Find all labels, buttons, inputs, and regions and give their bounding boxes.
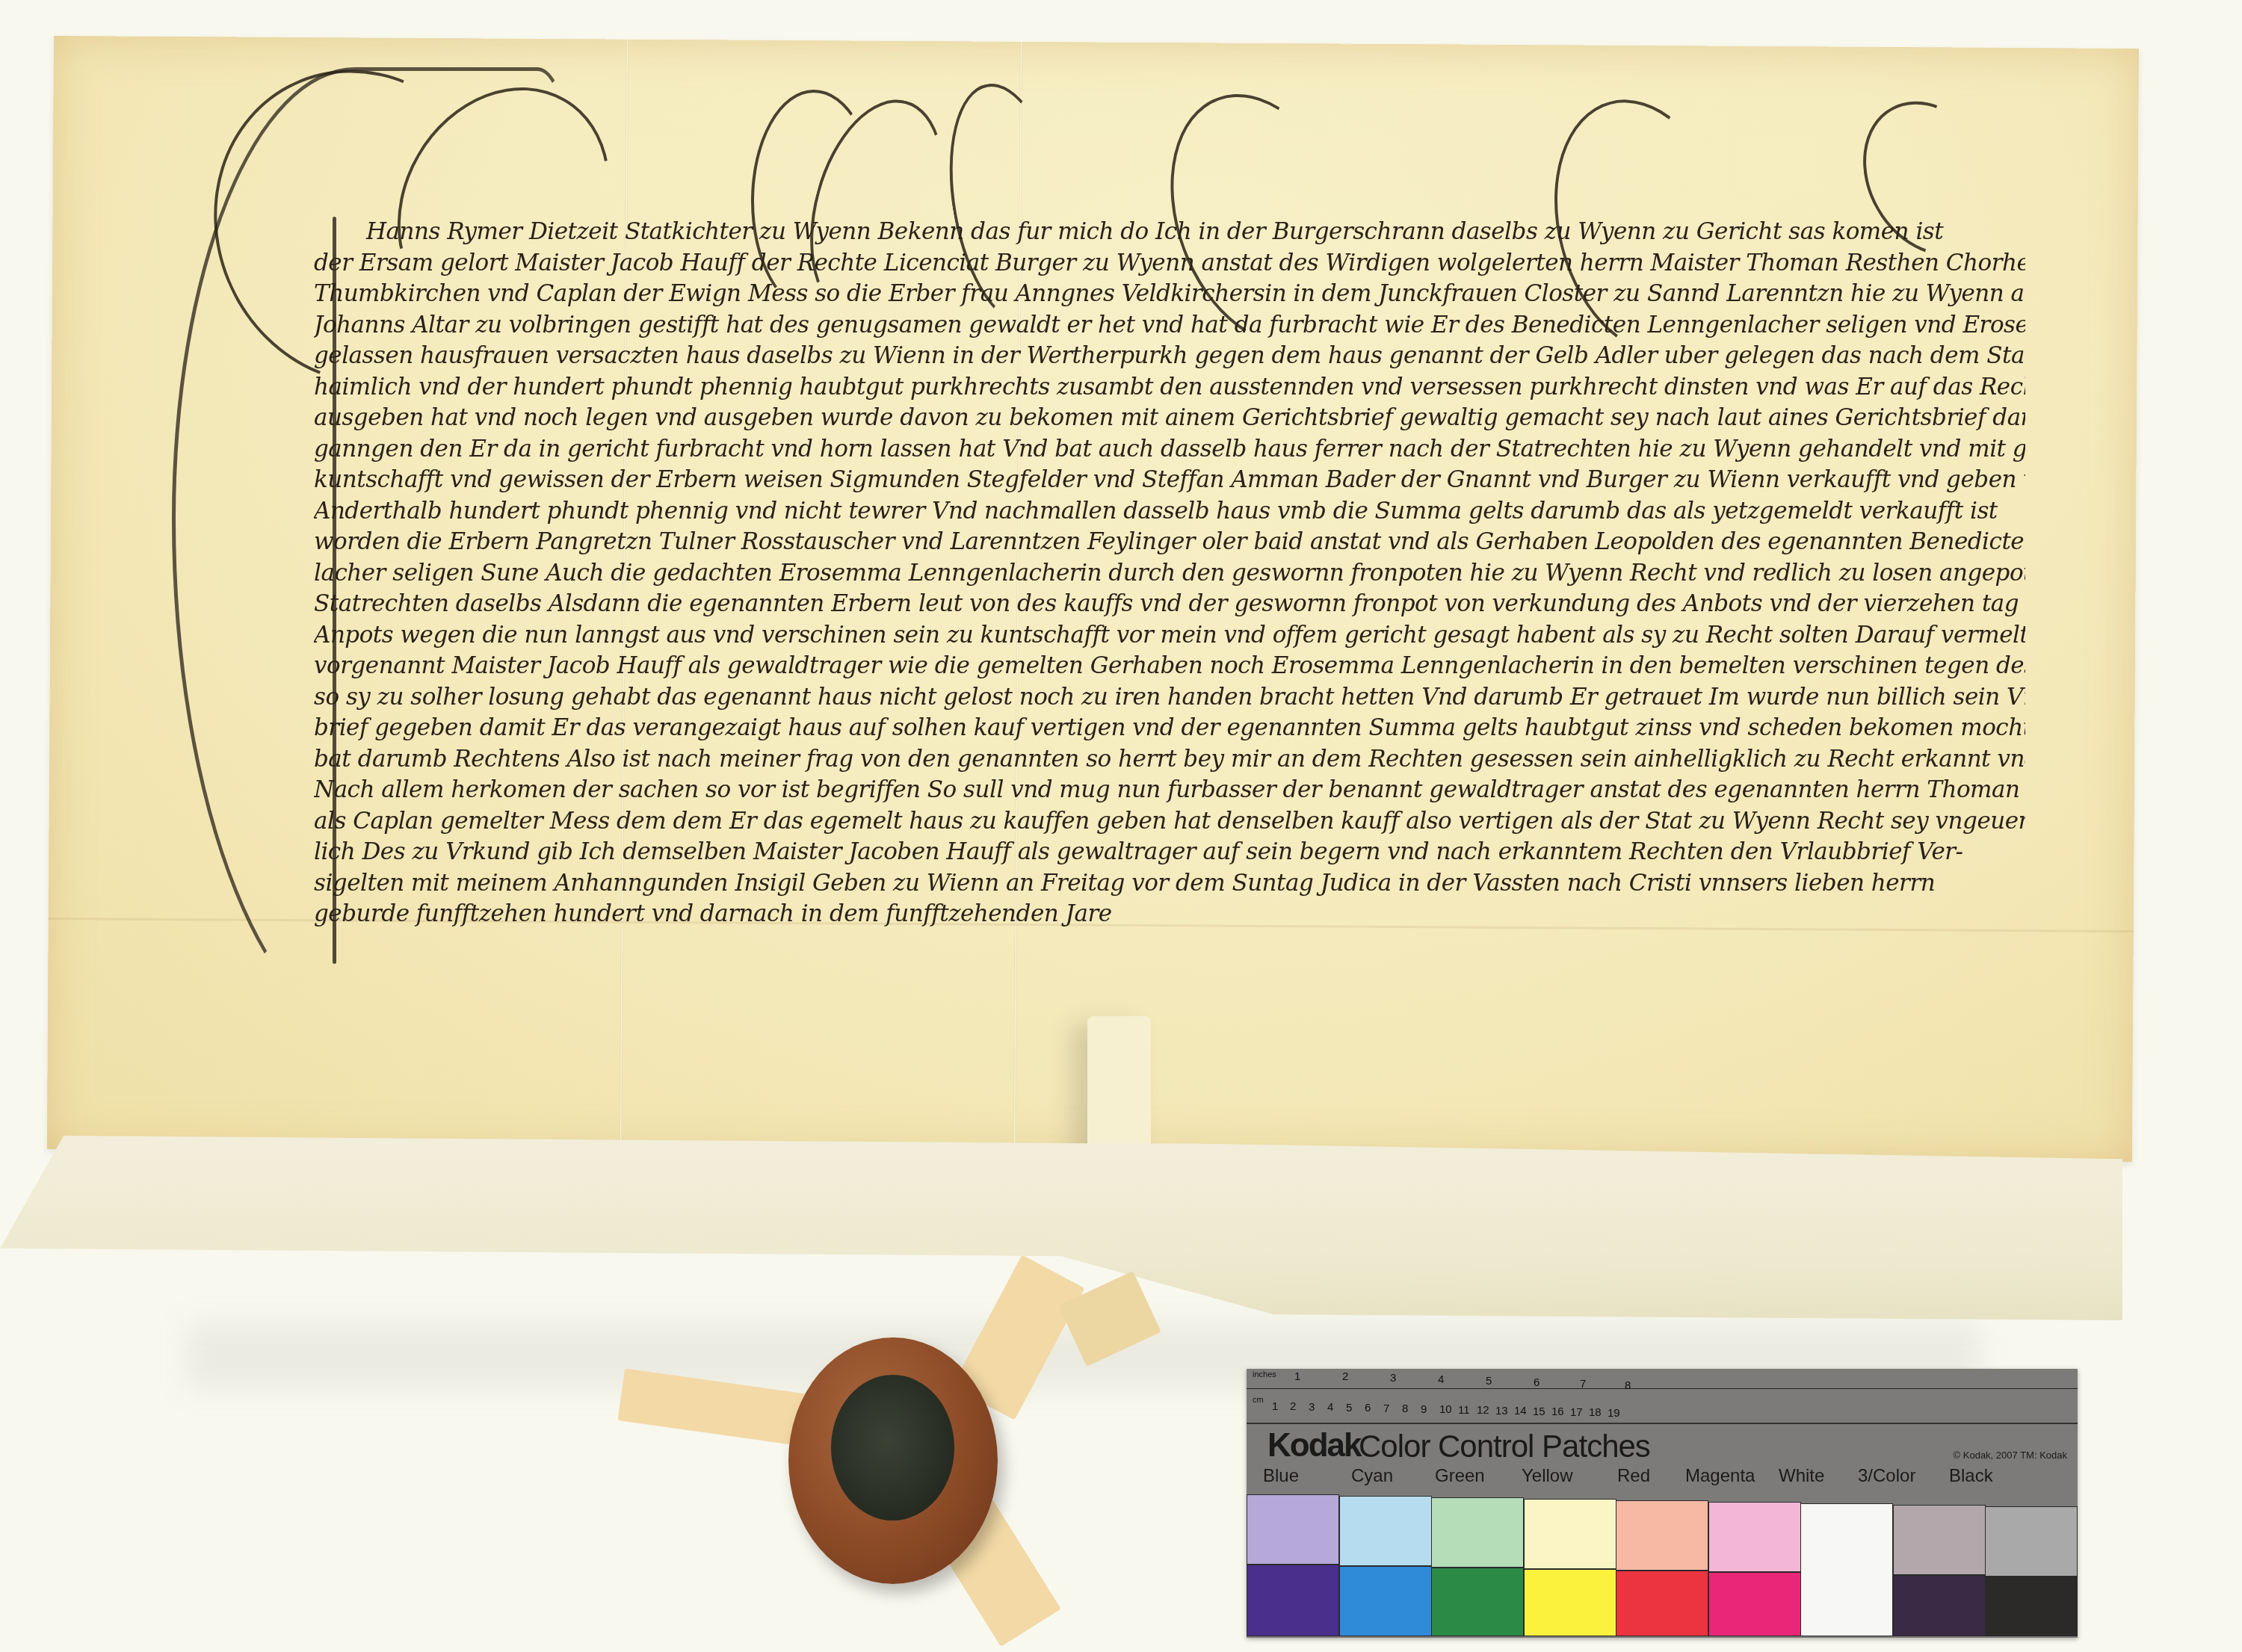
text-line: sigelten mit meinem Anhanngunden Insigil… [314,868,2025,900]
patch-green-dark [1431,1568,1524,1636]
patch-magenta-dark [1708,1572,1801,1636]
text-line: bat darumb Rechtens Also ist nach meiner… [314,744,2025,776]
kodak-logo: Kodak [1267,1427,1360,1464]
text-line: Anpots wegen die nun lanngst aus vnd ver… [314,620,2025,652]
text-line: der Ersam gelort Maister Jacob Hauff der… [314,248,2025,279]
patch-label-magenta: Magenta [1685,1466,1755,1487]
text-line: ausgeben hat vnd noch legen vnd ausgeben… [314,403,2025,434]
text-line: lacher seligen Sune Auch die gedachten E… [314,558,2025,590]
patch-red-light [1616,1500,1708,1571]
patch-3color-dark [1893,1575,1986,1636]
patch-cyan-dark [1339,1566,1432,1636]
text-line: Thumbkirchen vnd Caplan der Ewign Mess s… [314,279,2025,310]
patch-green-light [1431,1497,1524,1568]
patch-black-light [1985,1506,2078,1577]
patch-label-black: Black [1949,1466,1993,1487]
patch-label-white: White [1779,1466,1824,1487]
ruler-cm-label: cm [1253,1396,1264,1405]
text-line: ganngen den Er da in gericht furbracht v… [314,434,2025,465]
text-line: Hanns Rymer Dietzeit Statkichter zu Wyen… [314,217,2025,248]
patch-label-green: Green [1435,1466,1485,1487]
text-line: vorgenannt Maister Jacob Hauff als gewal… [314,651,2025,682]
patch-blue-light [1247,1494,1339,1565]
text-line: geburde funfftzehen hundert vnd darnach … [314,899,1435,930]
patch-blue-dark [1247,1565,1339,1636]
patch-white-light [1800,1503,1893,1636]
patch-magenta-light [1708,1502,1801,1572]
text-line: kuntschafft vnd gewissen der Erbern weis… [314,465,2025,496]
text-line: Johanns Altar zu volbringen gestifft hat… [314,310,2025,341]
text-line: Nach allem herkomen der sachen so vor is… [314,775,2025,806]
ruler: inches cm 1 2 3 4 5 6 7 8 1 2 3 4 5 6 7 … [1247,1369,2078,1424]
text-line: haimlich vnd der hundert phundt phennig … [314,372,2025,403]
text-line: Anderthalb hundert phundt phennig vnd ni… [314,496,2025,528]
patch-label-red: Red [1617,1466,1650,1487]
patch-label-3color: 3/Color [1858,1466,1915,1487]
text-line: worden die Erbern Pangretzn Tulner Rosst… [314,527,2025,558]
kodak-color-chart: inches cm 1 2 3 4 5 6 7 8 1 2 3 4 5 6 7 … [1247,1369,2078,1638]
text-line: lich Des zu Vrkund gib Ich demselben Mai… [314,837,2025,868]
patch-cyan-light [1339,1496,1432,1566]
patch-black-dark [1985,1577,2078,1636]
patch-red-dark [1616,1571,1708,1636]
text-line: als Caplan gemelter Mess dem dem Er das … [314,806,2025,838]
wax-seal-impression [831,1375,954,1520]
patch-label-blue: Blue [1263,1466,1299,1487]
text-line: Statrechten daselbs Alsdann die egenannt… [314,589,2025,620]
text-line: brief gegeben damit Er das verangezaigt … [314,713,2025,744]
ruler-inches-label: inches [1253,1370,1276,1379]
patch-yellow-light [1524,1499,1616,1569]
text-line: gelassen hausfrauen versaczten haus dase… [314,341,2025,372]
patch-yellow-dark [1524,1569,1616,1636]
patch-3color-light [1893,1505,1986,1575]
chart-copyright: © Kodak, 2007 TM: Kodak [1954,1450,2067,1461]
patch-label-yellow: Yellow [1522,1466,1573,1487]
patch-label-cyan: Cyan [1351,1466,1393,1487]
text-line: so sy zu solher losung gehabt das egenan… [314,682,2025,714]
chart-title: Color Control Patches [1359,1429,1650,1464]
charter-text: Hanns Rymer Dietzeit Statkichter zu Wyen… [314,217,2025,930]
